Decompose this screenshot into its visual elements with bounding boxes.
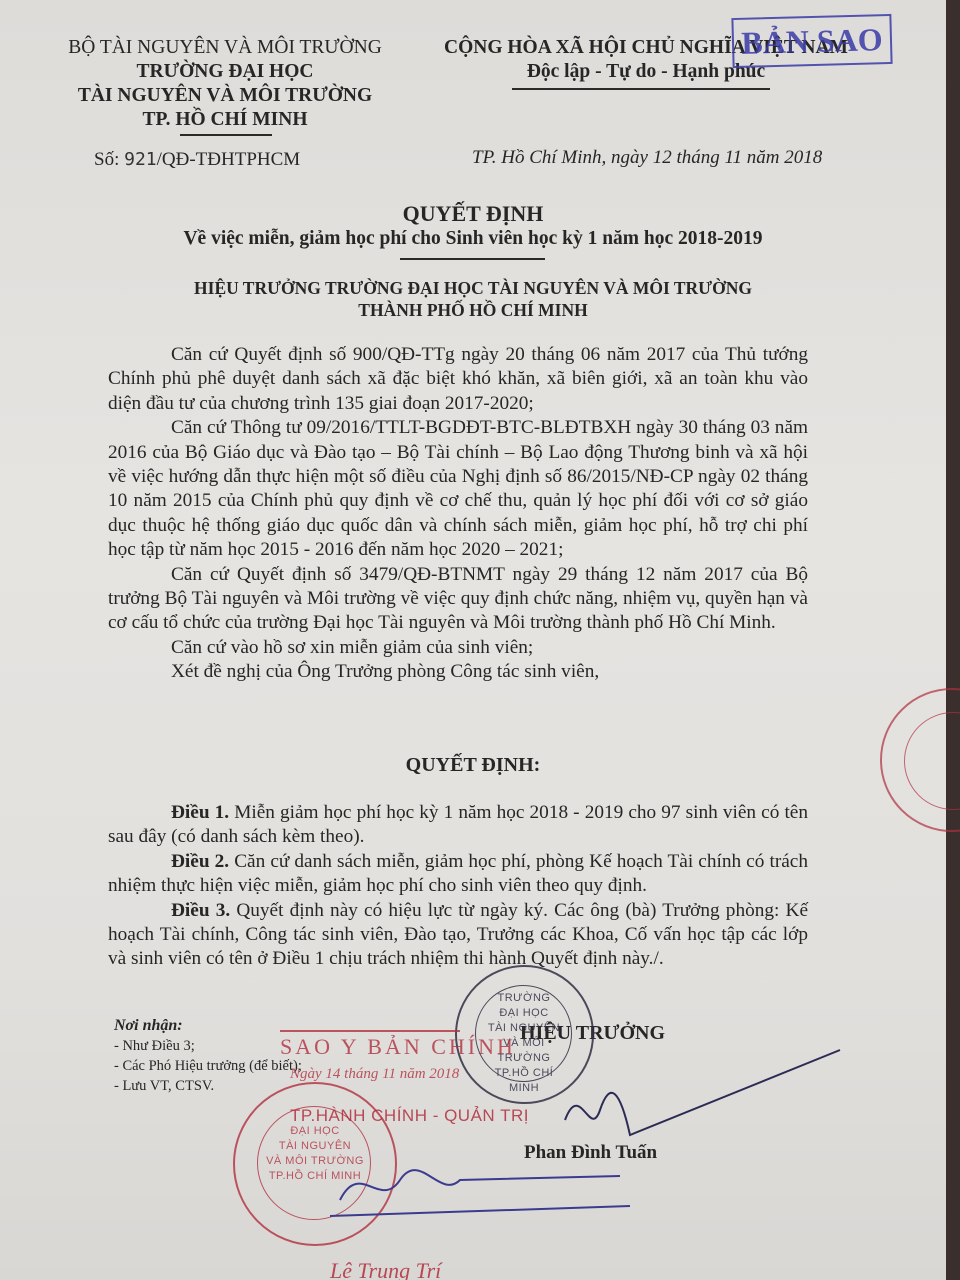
preamble-item: Căn cứ vào hồ sơ xin miễn giảm của sinh … (108, 636, 808, 660)
recipient-item: - Các Phó Hiệu trưởng (để biết); (114, 1056, 302, 1076)
certified-copy-date: Ngày 14 tháng 11 năm 2018 (290, 1066, 459, 1083)
school-name-line3: TP. HỒ CHÍ MINH (40, 108, 410, 132)
ministry-name: BỘ TÀI NGUYÊN VÀ MÔI TRƯỜNG (40, 36, 410, 60)
articles: Điều 1. Miễn giảm học phí học kỳ 1 năm h… (108, 801, 808, 972)
handwritten-number: 921 (124, 149, 157, 170)
handwritten-day: 12 (653, 147, 672, 168)
copy-signature-scribble-icon (330, 1160, 690, 1220)
certified-copy-heading: SAO Y BẢN CHÍNH (280, 1034, 516, 1060)
issuing-agency-header: BỘ TÀI NGUYÊN VÀ MÔI TRƯỜNG TRƯỜNG ĐẠI H… (40, 36, 410, 132)
preamble-item: Xét đề nghị của Ông Trưởng phòng Công tá… (108, 660, 808, 684)
preamble-item: Căn cứ Quyết định số 3479/QĐ-BTNMT ngày … (108, 563, 808, 636)
decision-heading: QUYẾT ĐỊNH: (0, 754, 946, 777)
document-number: Số: 921/QĐ-TĐHTPHCM (94, 149, 300, 171)
school-name-line2: TÀI NGUYÊN VÀ MÔI TRƯỜNG (40, 84, 410, 108)
document-page: BỘ TÀI NGUYÊN VÀ MÔI TRƯỜNG TRƯỜNG ĐẠI H… (0, 0, 946, 1280)
recipients-block: Nơi nhận: - Như Điều 3; - Các Phó Hiệu t… (114, 1016, 302, 1096)
document-title: QUYẾT ĐỊNH (0, 201, 946, 227)
preamble: Căn cứ Quyết định số 900/QĐ-TTg ngày 20 … (108, 343, 808, 685)
school-seal-edge (880, 688, 960, 832)
document-date: TP. Hồ Chí Minh, ngày 12 tháng 11 năm 20… (472, 147, 822, 169)
title-underline (400, 258, 545, 260)
recipient-item: - Như Điều 3; (114, 1036, 302, 1056)
copy-stamp: BẢN SAO (731, 14, 892, 68)
issuer-heading: HIỆU TRƯỞNG TRƯỜNG ĐẠI HỌC TÀI NGUYÊN VÀ… (0, 277, 946, 321)
article-3: Điều 3. Quyết định này có hiệu lực từ ng… (108, 899, 808, 972)
preamble-item: Căn cứ Thông tư 09/2016/TTLT-BGDĐT-BTC-B… (108, 416, 808, 562)
document-subtitle: Về việc miễn, giảm học phí cho Sinh viên… (0, 228, 946, 250)
article-1: Điều 1. Miễn giảm học phí học kỳ 1 năm h… (108, 801, 808, 850)
article-2: Điều 2. Căn cứ danh sách miễn, giảm học … (108, 850, 808, 899)
signature-scribble-icon (560, 1040, 850, 1150)
header-right-underline (512, 88, 770, 90)
copy-signer-name: Lê Trung Trí (330, 1258, 441, 1280)
recipients-title: Nơi nhận: (114, 1016, 302, 1036)
school-name-line1: TRƯỜNG ĐẠI HỌC (40, 60, 410, 84)
preamble-item: Căn cứ Quyết định số 900/QĐ-TTg ngày 20 … (108, 343, 808, 416)
header-left-underline (180, 134, 272, 136)
